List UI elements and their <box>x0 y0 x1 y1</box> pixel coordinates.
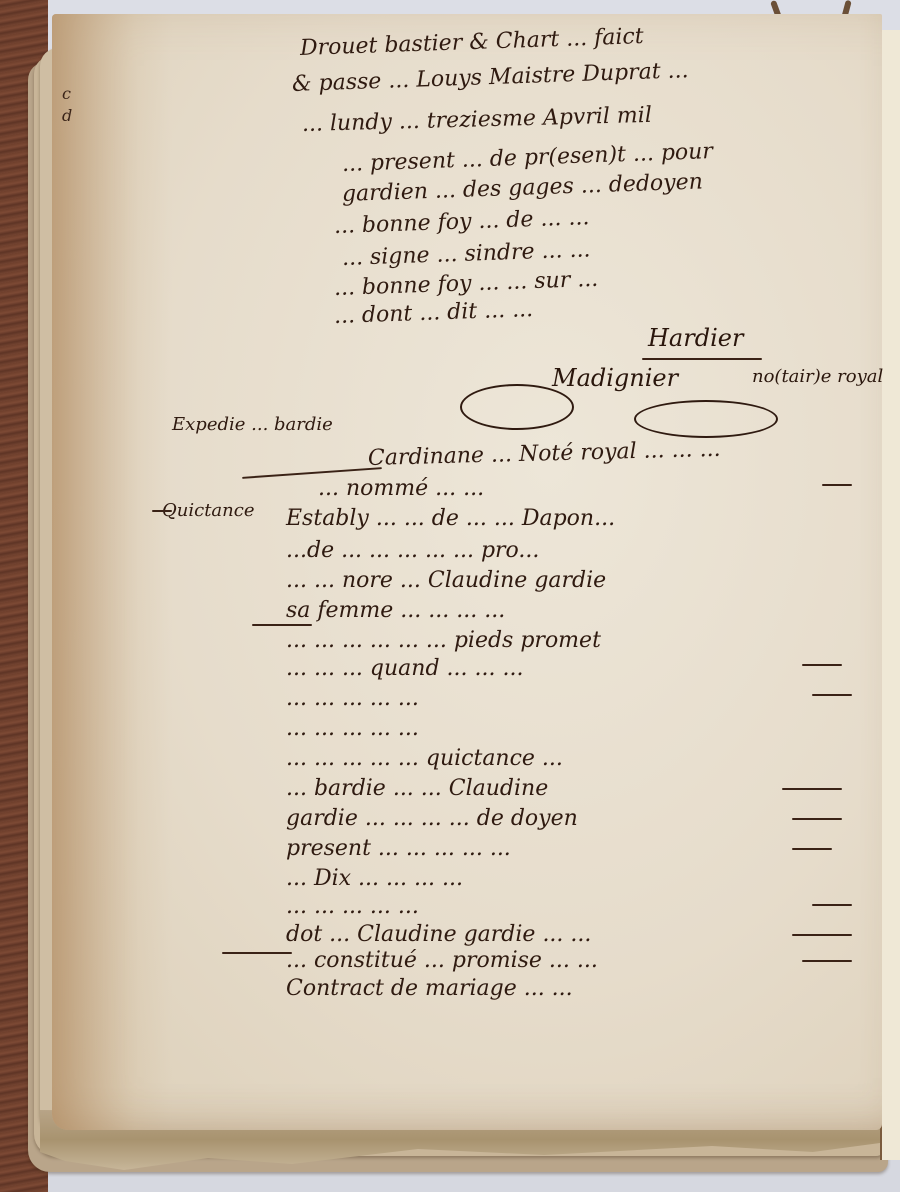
text-line: ... ... nore ... Claudine gardie <box>286 568 606 593</box>
signature-notary: Madignier <box>552 364 678 392</box>
line-filler-dash <box>782 788 842 790</box>
text-line: ... ... ... ... ... quictance ... <box>286 746 563 771</box>
long-dash-stroke <box>252 624 312 626</box>
line-filler-dash <box>802 664 842 666</box>
margin-note-expedie: Expedie ... bardie <box>172 414 333 435</box>
text-line: ... constitué ... promise ... ... <box>286 948 598 973</box>
text-line: ... ... ... quand ... ... ... <box>286 656 523 681</box>
margin-note-quictance: Quictance <box>162 500 254 521</box>
text-line: gardie ... ... ... ... de doyen <box>286 806 578 831</box>
text-line: ... ... ... ... ... <box>286 686 419 711</box>
manuscript-page: c d Drouet bastier & Chart ... faict & p… <box>52 14 882 1130</box>
text-line: Estably ... ... de ... ... Dapon... <box>286 506 615 531</box>
facing-page-edge <box>880 30 900 1160</box>
signature-underline <box>642 358 762 360</box>
manuscript-photo: c d Drouet bastier & Chart ... faict & p… <box>0 0 900 1192</box>
page-age-stain <box>52 14 172 1130</box>
edge-mark: d <box>62 106 72 125</box>
text-line: sa femme ... ... ... ... <box>286 598 505 623</box>
text-line: ... nommé ... ... <box>318 476 484 501</box>
text-line: ... bonne foy ... de ... ... <box>334 205 590 239</box>
notary-title: no(tair)e royal <box>752 366 883 387</box>
edge-mark: c <box>62 84 71 103</box>
text-line: ... ... ... ... ... <box>286 894 419 919</box>
text-line: ... ... ... ... ... <box>286 716 419 741</box>
line-filler-dash <box>812 694 852 696</box>
line-filler-dash <box>792 934 852 936</box>
long-dash-stroke <box>222 952 292 954</box>
text-line: ...de ... ... ... ... ... pro... <box>286 538 539 563</box>
text-line: ... dont ... dit ... ... <box>334 297 534 329</box>
text-line: ... Dix ... ... ... ... <box>286 866 463 891</box>
signature-flourish <box>634 400 778 438</box>
text-line: present ... ... ... ... ... <box>286 836 511 861</box>
text-line: dot ... Claudine gardie ... ... <box>286 922 591 947</box>
text-line: ... bonne foy ... ... sur ... <box>334 267 599 301</box>
line-filler-dash <box>792 848 832 850</box>
line-filler-dash <box>822 484 852 486</box>
text-line: ... lundy ... treziesme Apvril mil <box>302 103 652 137</box>
line-filler-dash <box>792 818 842 820</box>
text-line: Contract de mariage ... ... <box>286 976 573 1001</box>
text-line: ... ... ... ... ... ... pieds promet <box>286 628 601 653</box>
text-line: Drouet bastier & Chart ... faict <box>300 24 644 61</box>
signature-hardier: Hardier <box>648 324 743 352</box>
signature-flourish <box>460 384 574 430</box>
text-line: & passe ... Louys Maistre Duprat ... <box>292 58 689 97</box>
text-line: ... signe ... sindre ... ... <box>342 237 591 271</box>
line-filler-dash <box>812 904 852 906</box>
text-line: Cardinane ... Noté royal ... ... ... <box>368 437 721 471</box>
line-filler-dash <box>802 960 852 962</box>
margin-dash <box>152 510 172 512</box>
text-line: ... bardie ... ... Claudine <box>286 776 548 801</box>
